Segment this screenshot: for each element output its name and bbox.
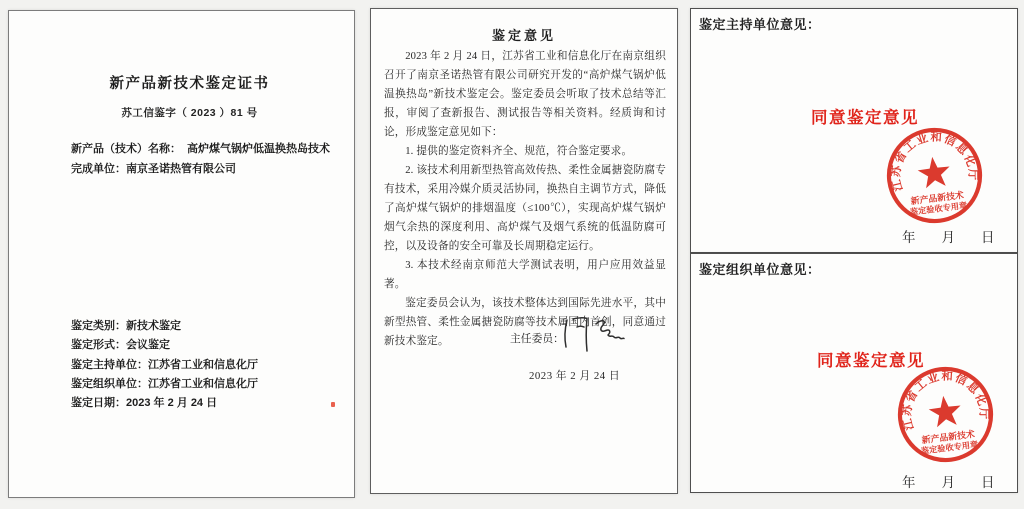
opinion-title: 鉴定意见 (371, 25, 677, 44)
opinion-paragraph: 1. 提供的鉴定资料齐全、规范，符合鉴定要求。 (384, 142, 666, 161)
field-label: 鉴定形式： (71, 339, 126, 351)
day-char: 日 (981, 226, 995, 246)
field-label: 完成单位： (71, 163, 126, 175)
host-unit-opinion-box: 鉴定主持单位意见： 同意鉴定意见 江苏省工业和信息化厅 新产品新技术 鉴定验收专… (690, 8, 1018, 253)
official-red-seal: 江苏省工业和信息化厅 新产品新技术 鉴定验收专用章 (890, 359, 1000, 469)
opinion-paragraph: 3. 本技术经南京师范大学测试表明，用户应用效益显著。 (384, 256, 666, 294)
field-label: 鉴定日期： (71, 397, 126, 409)
meta-field-category: 鉴定类别：新技术鉴定 (71, 320, 346, 332)
agree-opinion-text: 同意鉴定意见 (817, 347, 925, 371)
date-fill-in-row: 年 月 日 (902, 226, 995, 246)
opinion-paragraph: 2023 年 2 月 24 日，江苏省工业和信息化厅在南京组织召开了南京圣诺热管… (384, 47, 666, 142)
appraisal-opinion-page: 鉴定意见 2023 年 2 月 24 日，江苏省工业和信息化厅在南京组织召开了南… (370, 8, 678, 494)
chairman-signature-label: 主任委员： (510, 331, 564, 346)
certificate-cover-page: 新产品新技术鉴定证书 苏工信鉴字（ 2023 ）81 号 新产品（技术）名称：高… (8, 10, 355, 498)
field-value: 南京圣诺热管有限公司 (126, 163, 236, 175)
field-value: 江苏省工业和信息化厅 (148, 378, 258, 390)
date-fill-in-row: 年 月 日 (902, 471, 995, 491)
scanned-certificate-document: 新产品新技术鉴定证书 苏工信鉴字（ 2023 ）81 号 新产品（技术）名称：高… (0, 0, 1024, 509)
seal-star-icon (916, 155, 952, 189)
certificate-doc-number: 苏工信鉴字（ 2023 ）81 号 (25, 105, 354, 120)
field-label: 新产品（技术）名称： (71, 143, 181, 155)
chairman-signature-handwriting (558, 311, 630, 357)
opinion-date: 2023 年 2 月 24 日 (529, 368, 620, 383)
field-value: 2023 年 2 月 24 日 (126, 397, 217, 409)
product-fields: 新产品（技术）名称：高炉煤气锅炉低温换热岛技术 完成单位：南京圣诺热管有限公司 (71, 143, 346, 182)
year-char: 年 (902, 471, 916, 491)
day-char: 日 (981, 471, 995, 491)
field-value: 新技术鉴定 (126, 320, 181, 332)
seal-star-icon (927, 394, 963, 428)
month-char: 月 (942, 471, 956, 491)
field-label: 鉴定类别： (71, 320, 126, 332)
field-value: 高炉煤气锅炉低温换热岛技术 (187, 143, 330, 155)
scan-artifact-red-speck (331, 402, 335, 407)
certificate-title: 新产品新技术鉴定证书 (25, 72, 354, 93)
month-char: 月 (942, 226, 956, 246)
agree-opinion-text: 同意鉴定意见 (811, 104, 919, 128)
field-label: 鉴定主持单位： (71, 359, 148, 371)
appraisal-meta-fields: 鉴定类别：新技术鉴定 鉴定形式：会议鉴定 鉴定主持单位：江苏省工业和信息化厅 鉴… (71, 320, 346, 416)
field-value: 江苏省工业和信息化厅 (148, 359, 258, 371)
completing-unit-field: 完成单位：南京圣诺热管有限公司 (71, 163, 346, 175)
opinion-paragraph: 2. 该技术利用新型热管高效传热、柔性金属搪瓷防腐专有技术，采用冷媒介质灵活协同… (384, 161, 666, 256)
field-value: 会议鉴定 (126, 339, 170, 351)
opinion-body: 2023 年 2 月 24 日，江苏省工业和信息化厅在南京组织召开了南京圣诺热管… (384, 47, 666, 351)
meta-field-host-unit: 鉴定主持单位：江苏省工业和信息化厅 (71, 359, 346, 371)
organizing-unit-opinion-label: 鉴定组织单位意见： (699, 259, 821, 278)
product-name-field: 新产品（技术）名称：高炉煤气锅炉低温换热岛技术 (71, 143, 346, 155)
organizing-unit-opinion-box: 鉴定组织单位意见： 同意鉴定意见 江苏省工业和信息化厅 新产品新技术 鉴定验收专… (690, 253, 1018, 493)
field-label: 鉴定组织单位： (71, 378, 148, 390)
meta-field-date: 鉴定日期：2023 年 2 月 24 日 (71, 397, 346, 409)
meta-field-organizing-unit: 鉴定组织单位：江苏省工业和信息化厅 (71, 378, 346, 390)
meta-field-form: 鉴定形式：会议鉴定 (71, 339, 346, 351)
year-char: 年 (902, 226, 916, 246)
host-unit-opinion-label: 鉴定主持单位意见： (699, 14, 821, 33)
official-red-seal: 江苏省工业和信息化厅 新产品新技术 鉴定验收专用章 (879, 120, 989, 230)
